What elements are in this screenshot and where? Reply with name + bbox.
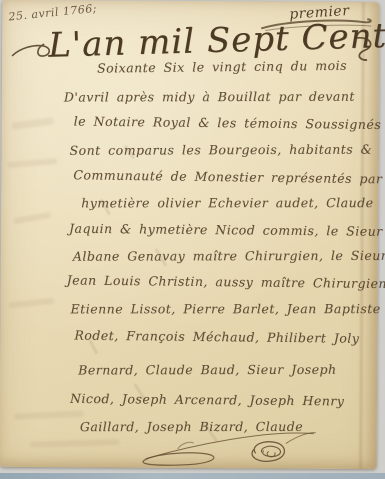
manuscript-page: 25. avril 1766; premier L'an mil Sept Ce… [0, 0, 379, 469]
manuscript-line: Rodet, François Méchaud, Philibert Joly [74, 328, 359, 346]
ink-bleed-smudge [11, 117, 54, 130]
date-annotation: 25. avril 1766; [8, 2, 98, 24]
manuscript-line: D'avril après midy à Bouillat par devant [64, 89, 355, 105]
ink-bleed-smudge [7, 158, 57, 168]
manuscript-line: Communauté de Monestier représentés par [73, 167, 382, 186]
manuscript-line: le Notaire Royal & les témoins Soussigné… [74, 113, 382, 131]
manuscript-line: Soixante Six le vingt cinq du mois [97, 58, 347, 76]
manuscript-line: Nicod, Joseph Arcenard, Joseph Henry [70, 391, 345, 409]
manuscript-line: hymetière olivier Echevier audet, Claude [81, 195, 373, 210]
ink-bleed-smudge [8, 298, 54, 308]
manuscript-line: Albane Genavay maître Chirurgien, le Sie… [73, 248, 385, 264]
manuscript-line: Jean Louis Christin, aussy maître Chirur… [67, 272, 385, 291]
ink-bleed-smudge [13, 212, 51, 224]
manuscript-line: Jaquin & hymetière Nicod commis, le Sieu… [69, 221, 383, 239]
manuscript-line: Etienne Lissot, Pierre Barlet, Jean Bapt… [71, 301, 381, 316]
photo-bottom-edge [0, 473, 385, 479]
manuscript-line: Bernard, Claude Baud, Sieur Joseph [78, 362, 336, 378]
ink-bleed-smudge [14, 411, 84, 420]
calligraphic-swirl-icon [351, 32, 377, 62]
ink-bleed-smudge [30, 439, 120, 448]
manuscript-line: Sont comparus les Bourgeois, habitants & [69, 142, 372, 158]
photo-background: 25. avril 1766; premier L'an mil Sept Ce… [0, 0, 385, 479]
notary-paraph-icon [138, 423, 318, 472]
